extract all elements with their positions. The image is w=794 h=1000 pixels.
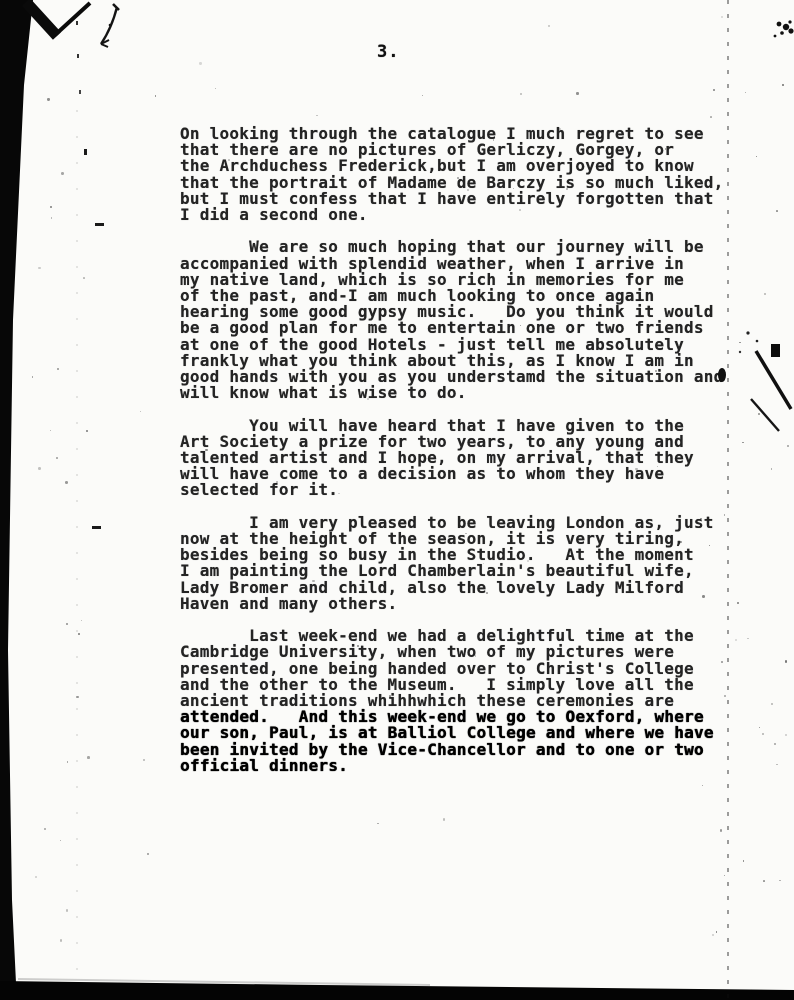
bottom-edge-shadow: [0, 981, 794, 1000]
top-right-smudge: [774, 20, 794, 37]
letter-paragraph: Last week-end we had a delightful time a…: [180, 628, 740, 774]
corner-fold-mark: [26, 2, 57, 36]
letter-body: On looking through the catalogue I much …: [180, 126, 740, 790]
letter-line: will know what is wise to do.: [180, 385, 740, 401]
left-edge-shadow: [0, 0, 33, 983]
letter-line: official dinners.: [180, 758, 740, 774]
letter-line: Haven and many others.: [180, 596, 740, 612]
pen-arrow-mark: [101, 4, 119, 47]
letter-paragraph: I am very pleased to be leaving London a…: [180, 515, 740, 612]
letter-paragraph: You will have heard that I have given to…: [180, 418, 740, 499]
letter-line: I did a second one.: [180, 207, 740, 223]
letter-paragraph: On looking through the catalogue I much …: [180, 126, 740, 223]
scanned-letter-page: 3. On looking through the catalogue I mu…: [0, 0, 794, 1000]
page-number: 3.: [377, 42, 399, 62]
letter-paragraph: We are so much hoping that our journey w…: [180, 239, 740, 401]
letter-line: selected for it.: [180, 482, 740, 498]
